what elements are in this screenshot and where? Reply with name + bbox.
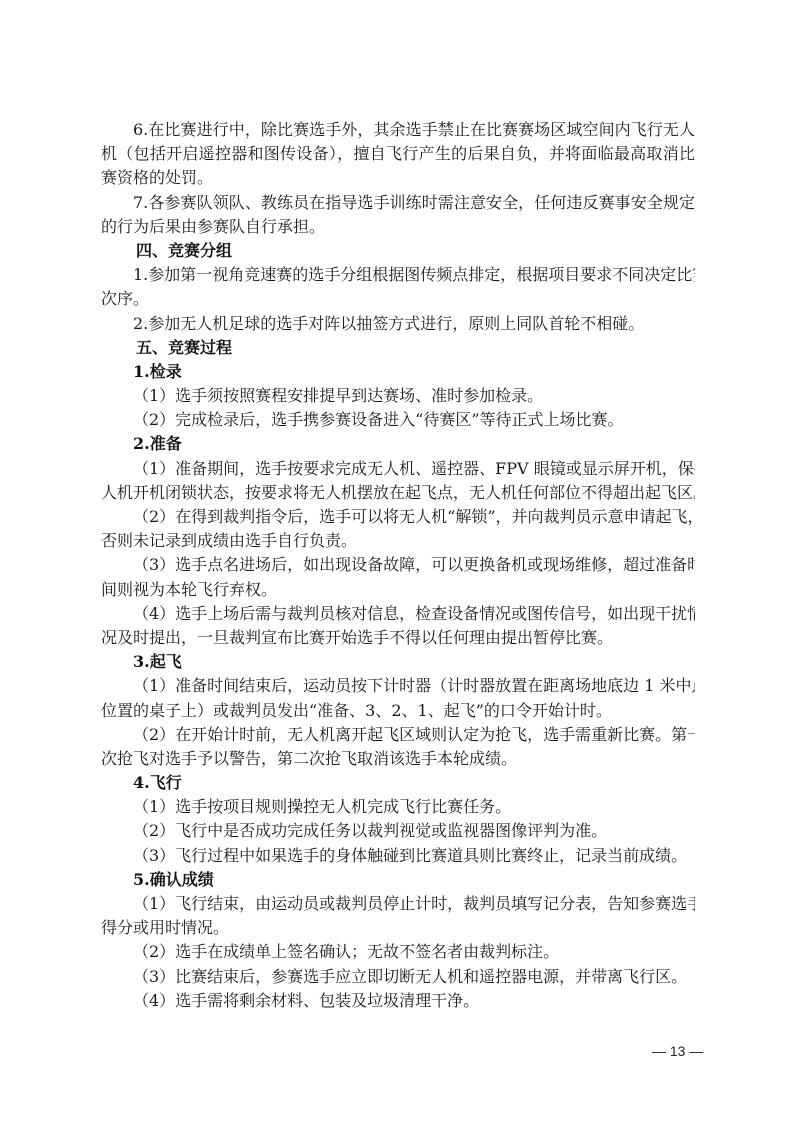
subsection-heading: 2.准备 — [101, 432, 695, 456]
page-body: 6.在比赛进行中，除比赛选手外，其余选手禁止在比赛赛场区域空间内飞行无人 机（包… — [101, 118, 695, 1013]
paragraph-line: （4）选手需将剩余材料、包装及垃圾清理干净。 — [101, 989, 695, 1013]
paragraph-line: （2）完成检录后，选手携参赛设备进入“待赛区”等待正式上场比赛。 — [101, 408, 695, 432]
paragraph-line: 7.各参赛队领队、教练员在指导选手训练时需注意安全，任何违反赛事安全规定 — [101, 191, 695, 215]
paragraph-line: 人机开机闭锁状态，按要求将无人机摆放在起飞点，无人机任何部位不得超出起飞区。 — [101, 481, 695, 505]
paragraph-line: （1）准备期间，选手按要求完成无人机、遥控器、FPV 眼镜或显示屏开机，保持无 — [101, 457, 695, 481]
paragraph-line: （1）选手按项目规则操控无人机完成飞行比赛任务。 — [101, 795, 695, 819]
paragraph-line: （2）在开始计时前，无人机离开起飞区域则认定为抢飞，选手需重新比赛。第一 — [101, 723, 695, 747]
paragraph-line: 次抢飞对选手予以警告，第二次抢飞取消该选手本轮成绩。 — [101, 747, 695, 771]
paragraph-line: 机（包括开启遥控器和图传设备），擅自飞行产生的后果自负，并将面临最高取消比 — [101, 142, 695, 166]
paragraph-line: （1）准备时间结束后，运动员按下计时器（计时器放置在距离场地底边 1 米中点 — [101, 674, 695, 698]
paragraph-line: （3）飞行过程中如果选手的身体触碰到比赛道具则比赛终止，记录当前成绩。 — [101, 844, 695, 868]
paragraph-line: 的行为后果由参赛队自行承担。 — [101, 215, 695, 239]
subsection-heading: 5.确认成绩 — [101, 868, 695, 892]
paragraph-line: 位置的桌子上）或裁判员发出“准备、3、2、1、起飞”的口令开始计时。 — [101, 699, 695, 723]
paragraph-line: 6.在比赛进行中，除比赛选手外，其余选手禁止在比赛赛场区域空间内飞行无人 — [101, 118, 695, 142]
paragraph-line: 否则未记录到成绩由选手自行负责。 — [101, 529, 695, 553]
paragraph-line: （3）比赛结束后，参赛选手应立即切断无人机和遥控器电源，并带离飞行区。 — [101, 965, 695, 989]
paragraph-line: （2）选手在成绩单上签名确认；无故不签名者由裁判标注。 — [101, 940, 695, 964]
paragraph-line: 况及时提出，一旦裁判宣布比赛开始选手不得以任何理由提出暂停比赛。 — [101, 626, 695, 650]
subsection-heading: 1.检录 — [101, 360, 695, 384]
paragraph-line: （1）飞行结束，由运动员或裁判员停止计时，裁判员填写记分表，告知参赛选手 — [101, 892, 695, 916]
document-page: 6.在比赛进行中，除比赛选手外，其余选手禁止在比赛赛场区域空间内飞行无人 机（包… — [0, 0, 800, 1131]
subsection-heading: 4.飞行 — [101, 771, 695, 795]
section-heading: 四、竞赛分组 — [101, 239, 695, 263]
paragraph-line: 间则视为本轮飞行弃权。 — [101, 578, 695, 602]
paragraph-line: 赛资格的处罚。 — [101, 166, 695, 190]
paragraph-line: （3）选手点名进场后，如出现设备故障，可以更换备机或现场维修，超过准备时 — [101, 553, 695, 577]
paragraph-line: 1.参加第一视角竞速赛的选手分组根据图传频点排定，根据项目要求不同决定比赛 — [101, 263, 695, 287]
paragraph-line: （4）选手上场后需与裁判员核对信息，检查设备情况或图传信号，如出现干扰情 — [101, 602, 695, 626]
paragraph-line: 2.参加无人机足球的选手对阵以抽签方式进行，原则上同队首轮不相碰。 — [101, 312, 695, 336]
paragraph-line: （1）选手须按照赛程安排提早到达赛场、准时参加检录。 — [101, 384, 695, 408]
page-number: — 13 — — [652, 1043, 703, 1059]
paragraph-line: （2）飞行中是否成功完成任务以裁判视觉或监视器图像评判为准。 — [101, 819, 695, 843]
paragraph-line: 次序。 — [101, 287, 695, 311]
paragraph-line: （2）在得到裁判指令后，选手可以将无人机“解锁”，并向裁判员示意申请起飞， — [101, 505, 695, 529]
paragraph-line: 得分或用时情况。 — [101, 916, 695, 940]
subsection-heading: 3.起飞 — [101, 650, 695, 674]
section-heading: 五、竞赛过程 — [101, 336, 695, 360]
